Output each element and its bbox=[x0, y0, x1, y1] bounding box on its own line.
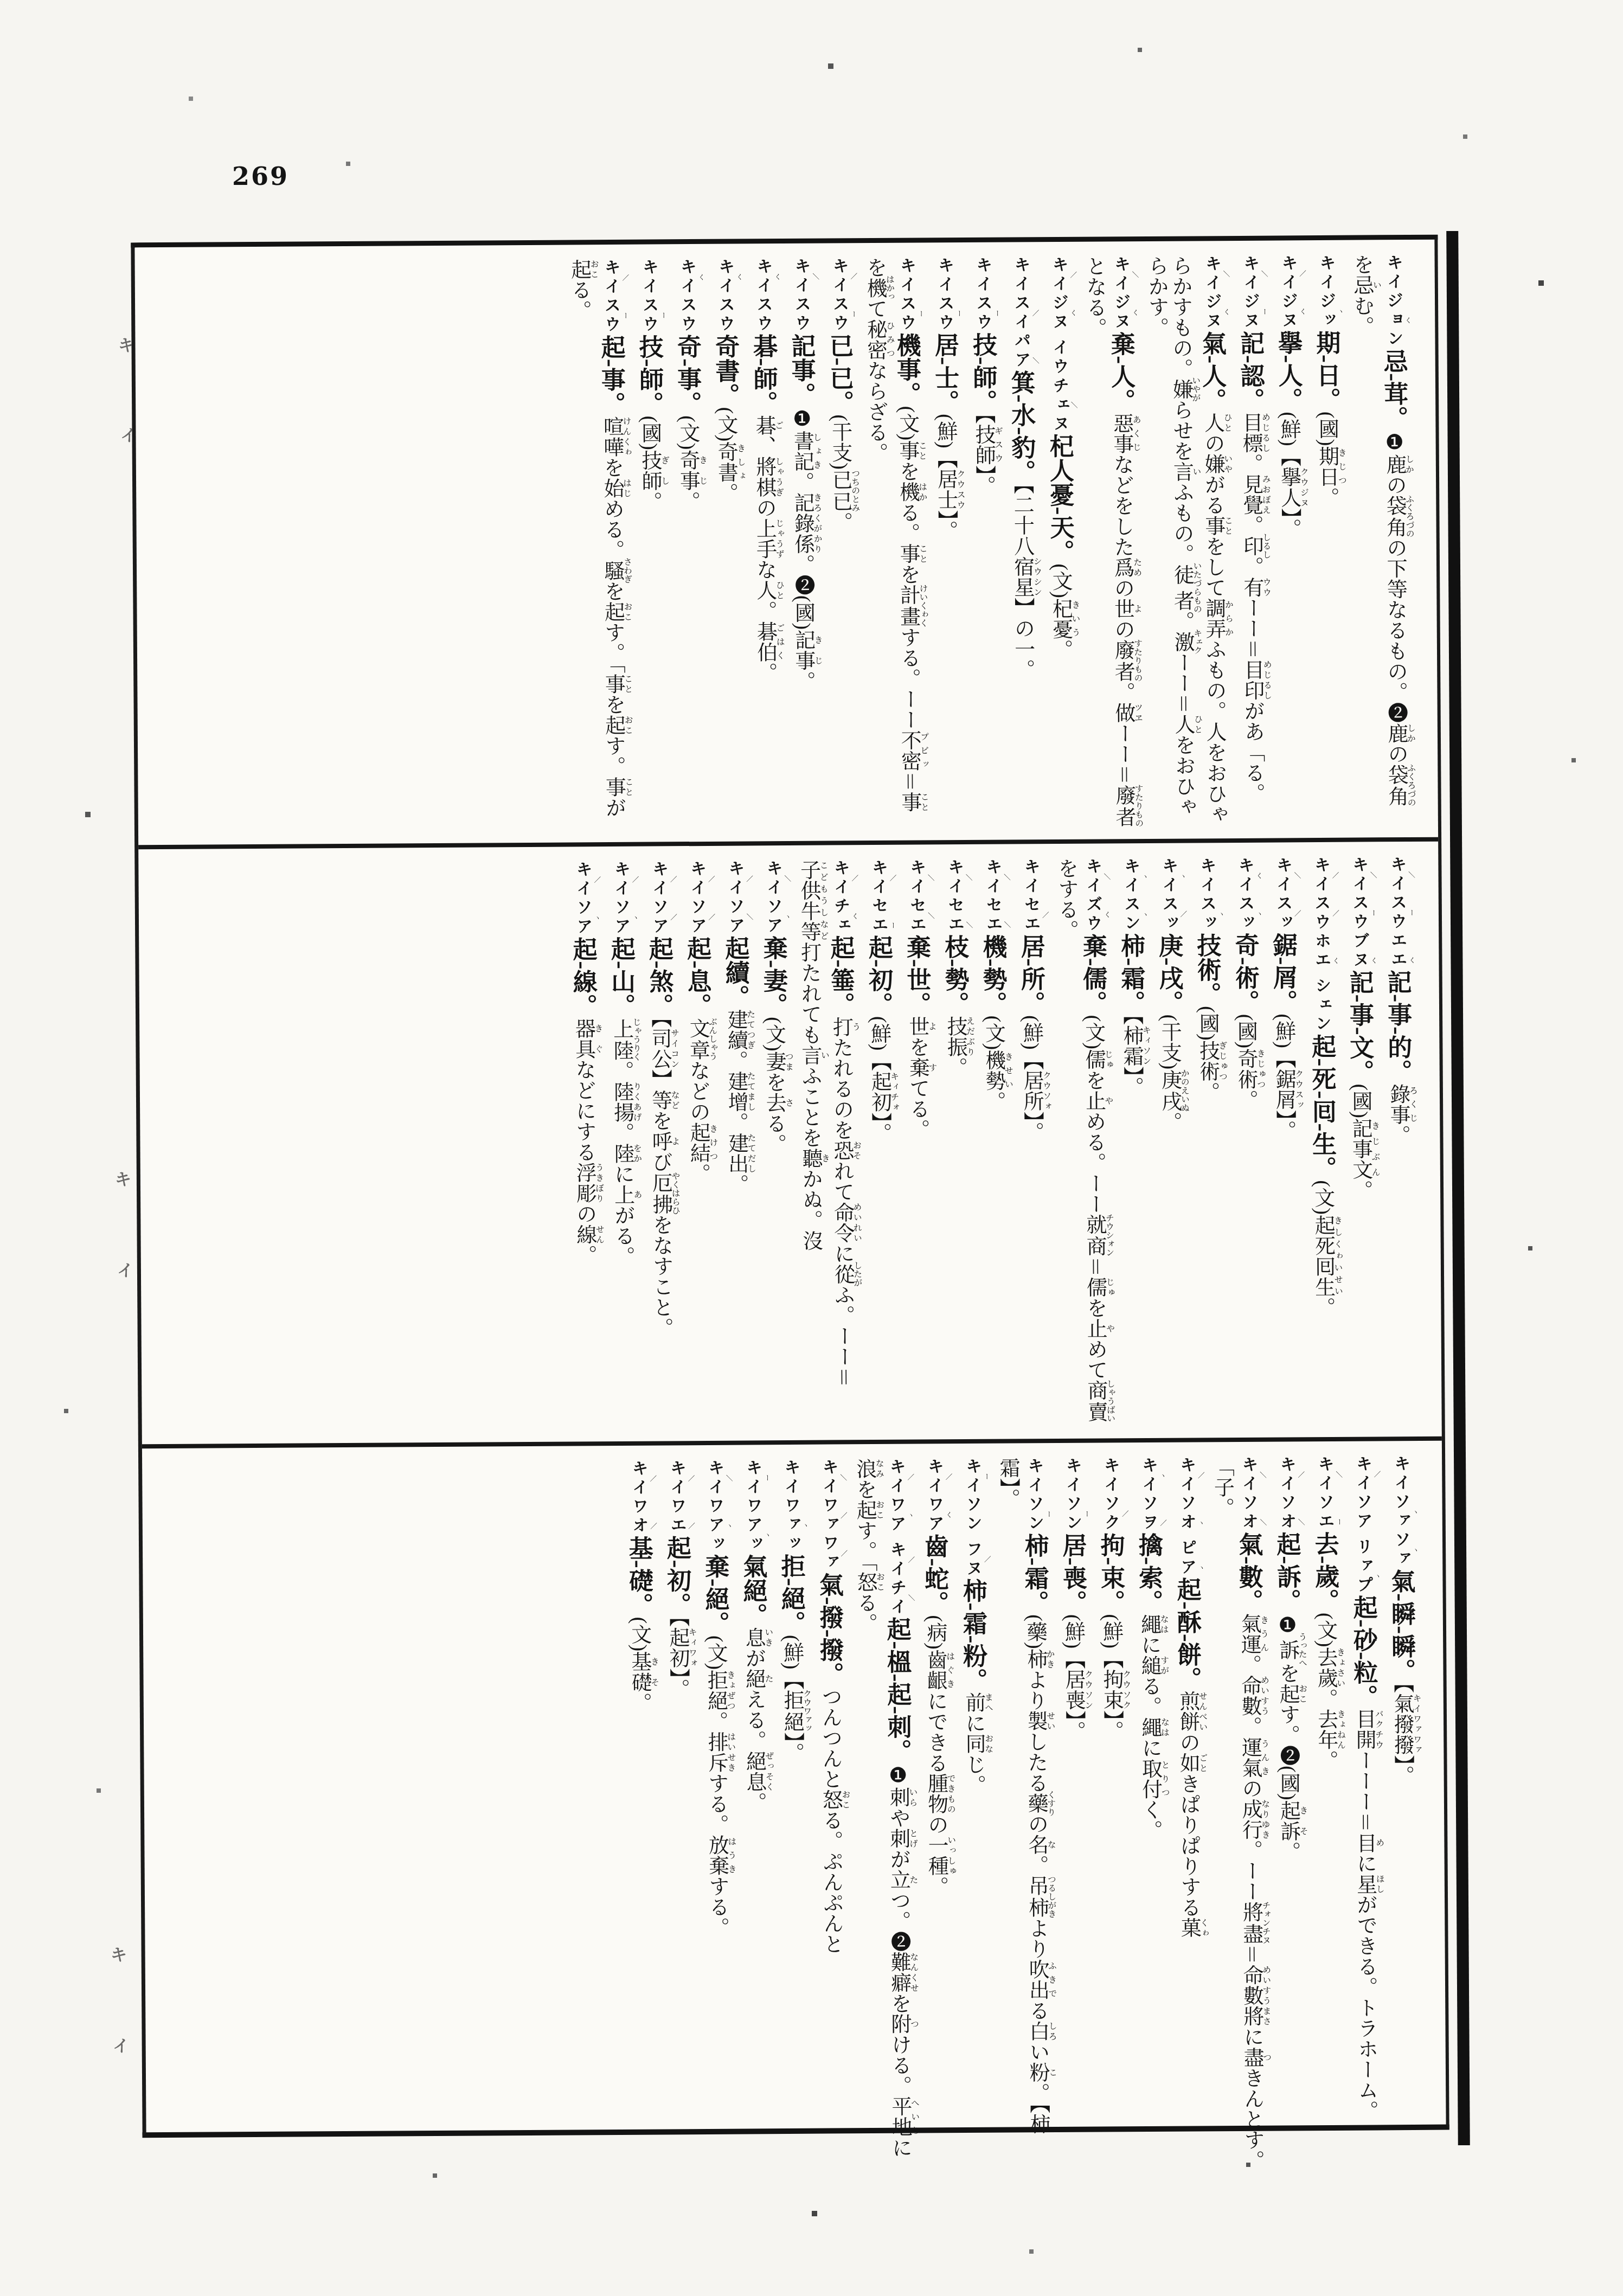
entry-headword: 齒-蛇。 bbox=[921, 1534, 948, 1615]
entry-headword: 機-勢。 bbox=[979, 934, 1006, 1016]
entry-headword: 奇書。 bbox=[711, 334, 739, 407]
dictionary-entry: キイーワアッヽ氣絕。息いきが絕たえる。絕息ぜっそく。 bbox=[738, 1459, 775, 2173]
entry-pronunciation: キイ／ワアヽ キイ／チイ＼ bbox=[887, 1458, 906, 1617]
dictionary-entry: キイヽスッ／庚-戌。(干支)庚戌かのえいぬ。 bbox=[1154, 857, 1191, 1427]
entry-definition: 建續たてつぎ。建增たてまし。建出たてだし。 bbox=[724, 1009, 748, 1194]
entry-headword: 忌-茸。 bbox=[1380, 349, 1408, 430]
entry-definition: 【起初キィワォ】。 bbox=[666, 1617, 689, 1699]
entry-definition: (干支)庚戌かのえいぬ。 bbox=[1158, 1015, 1181, 1132]
dictionary-entry: キイスウー技-師。【技師ギスウ】。 bbox=[968, 256, 1005, 829]
entry-pronunciation: キイ／ジヌく イウチェヌ＼ bbox=[1049, 256, 1068, 434]
dictionary-entry: キイ＼セエ＼棄-世。世よを棄すてる。 bbox=[902, 858, 939, 1428]
entry-pronunciation: キイスウー bbox=[640, 258, 658, 334]
entry-headword: 鋸-屑。 bbox=[1269, 932, 1297, 1014]
entry-definition: 目標めじるし。見覺みおぼえ。印しるし。有ウウーー＝目印めじるしがあ「る。 bbox=[1239, 412, 1264, 804]
dictionary-entry: キイ／ソオ＼起-訴。❶訴うったへを起おこす。❷(國)起訴きそ。 bbox=[1272, 1455, 1309, 2170]
dictionary-entry: キイーソン フヌ／柿-霜-粉。前まへに同おなじ。 bbox=[958, 1458, 995, 2172]
entry-headword: 記-事-的。 bbox=[1384, 970, 1412, 1083]
entry-pronunciation: キイ／ソア リァプヽ bbox=[1353, 1455, 1372, 1595]
entry-pronunciation: キイセエ／ bbox=[1022, 858, 1040, 934]
entry-headword: 碁-師。 bbox=[749, 334, 777, 415]
entry-headword: 氣-人。 bbox=[1198, 331, 1226, 412]
entry-pronunciation: キイジョンく bbox=[1384, 254, 1403, 349]
entry-headword: 起-山。 bbox=[607, 937, 635, 1018]
entry-pronunciation: キイくスウ bbox=[678, 258, 696, 334]
entry-pronunciation: キイ／チェく bbox=[831, 859, 850, 935]
entry-definition: (文)拒絕きょぜつ。排斥はいせきする。放棄はうきする。 bbox=[704, 1636, 728, 1938]
entry-pronunciation: キイくスッヽ bbox=[1236, 857, 1254, 933]
entry-pronunciation: キイ／ソオ＼ bbox=[1277, 1455, 1295, 1531]
dictionary-entry: キイワァッヽ拒-絕。(鮮)【拒絕クウワァッ】。 bbox=[776, 1459, 813, 2173]
entry-headword: 起續。 bbox=[721, 935, 749, 1009]
dictionary-entry: キイくスウ碁-師。碁ご、將棋しゃうぎの上手じゃうずな人ひと。碁伯ごはく。 bbox=[748, 258, 785, 830]
dictionary-entry: キイ＼セエ＼機-勢。(文)機勢きせい。 bbox=[978, 858, 1015, 1428]
entry-headword: 去-歲。 bbox=[1311, 1531, 1339, 1613]
entry-pronunciation: キイーソン フヌ／ bbox=[963, 1458, 982, 1579]
dictionary-entry: キイスッヽ技術。(國)技術ぎじゅつ。 bbox=[1192, 857, 1229, 1427]
entry-definition: 煎餅せんべいの如ごときぱりぱりする菓くゎ bbox=[1176, 1691, 1201, 1938]
entry-headword: 氣絕。 bbox=[739, 1554, 767, 1627]
entry-pronunciation: キイ／セエー bbox=[869, 859, 888, 935]
entry-definition: (鮮)【擧人クウジヌ】。 bbox=[1277, 412, 1300, 539]
entry-definition: (鮮)【起初キィチォ】。 bbox=[868, 1016, 891, 1144]
dictionary-entry: キイ＼スッ／鋸-屑。(鮮)【鋸屑クウスッ】。 bbox=[1268, 856, 1305, 1426]
dictionary-entry: キイ＼スウーブヌく記-事-文。(國)記事文きじぶん。 bbox=[1344, 856, 1381, 1426]
entry-definition: (文)奇書きしょ。 bbox=[714, 407, 737, 504]
entry-definition: (國)奇術きじゅつ。 bbox=[1234, 1014, 1257, 1111]
entry-definition: 【氣撥撥キイワァワァ】。 bbox=[1390, 1683, 1414, 1786]
entry-definition: ❶訴うったへを起おこす。❷(國)起訴きそ。 bbox=[1275, 1613, 1300, 1862]
dictionary-entry: キイくスウ奇-事。(文)奇事きじ。 bbox=[672, 258, 709, 831]
entry-headword: 擒-索。 bbox=[1135, 1532, 1163, 1614]
entry-headword: 棄-世。 bbox=[903, 934, 931, 1016]
entry-headword: 氣-撥-撥。 bbox=[816, 1572, 843, 1686]
entry-pronunciation: キイ＼ジヌく bbox=[1203, 255, 1221, 331]
entry-headword: 技-師。 bbox=[636, 334, 663, 415]
entry-band-middle: キイ＼スウーエエく記-事-的。錄事ろくじ。 キイ＼スウーブヌく記-事-文。(國)… bbox=[138, 842, 1442, 1449]
entry-pronunciation: キイ＼ズウく bbox=[1083, 857, 1102, 933]
dictionary-entry: キイ／ソオヽ ピアヽ起-酥-餅。煎餅せんべいの如ごときぱりぱりする菓くゎ bbox=[1172, 1456, 1209, 2171]
dictionary-entry: キイ／ソア リァプヽ起-砂-粒。目開バクチウーーー＝目めに星ほしができる。トラホ… bbox=[1348, 1455, 1385, 2170]
entry-headword: 已-已。 bbox=[826, 333, 854, 414]
entry-definition: (文)起死囘生きしくゎいせい。 bbox=[1311, 1180, 1335, 1318]
dictionary-entry: キイ／ソアヽ起-山。上陸じゃうりく。陸揚りくあげ。陸をかに上あがる。 bbox=[606, 861, 643, 1431]
entry-pronunciation: キイジッヽ bbox=[1317, 254, 1335, 330]
dictionary-entry: キイヽスンヽ柿-霜。【柿霜キィソン】。 bbox=[1116, 857, 1153, 1427]
entry-pronunciation: キイ／ソオヽ ピアヽ bbox=[1177, 1456, 1196, 1577]
dictionary-entry: キイ／ワアヽ キイ／チイ＼起-榲-起-刺。❶刺いらや刺とげが立たつ。❷難癖なんく… bbox=[852, 1458, 919, 2173]
dictionary-entry: キイ／ジヌく イウチェヌ＼杞人憂-天。(文)杞憂きいう。 bbox=[1044, 256, 1081, 829]
entry-headword: 記-認。 bbox=[1236, 331, 1264, 412]
entry-headword: 基-礎。 bbox=[625, 1536, 653, 1617]
entry-headword: 奇-事。 bbox=[673, 334, 701, 415]
entry-definition: 錄事ろくじ。 bbox=[1387, 1083, 1410, 1145]
entry-pronunciation: キイ／スウー bbox=[830, 257, 849, 333]
entry-pronunciation: キイヽスンヽ bbox=[1121, 857, 1140, 933]
dictionary-entry: キイソク／拘-束。(鮮)【拘束クウソク】。 bbox=[1095, 1457, 1133, 2171]
entry-headword: 起-死-囘-生。 bbox=[1308, 1034, 1336, 1180]
entry-headword: 記-事-文。 bbox=[1345, 970, 1373, 1083]
entry-pronunciation: キイくスウ bbox=[716, 258, 734, 334]
entry-headword: 技術。 bbox=[1193, 933, 1221, 1006]
dictionary-entry: キイスウー技-師。(國)技師ぎし。 bbox=[634, 258, 671, 831]
entry-pronunciation: キイ＼ワアッヽ bbox=[705, 1459, 724, 1554]
dictionary-entry: キイソンー居-喪。(鮮)【居喪クウソン】。 bbox=[1057, 1457, 1095, 2172]
entry-definition: 文章ぶんしゃうなどの起結きけつ。 bbox=[686, 1017, 710, 1184]
dictionary-entry: キイジッヽ期-日。(國)期日きじつ。 bbox=[1311, 254, 1348, 827]
entry-definition: 【柿霜キィソン】。 bbox=[1120, 1015, 1143, 1097]
entry-pronunciation: キイ／ジヌく bbox=[1279, 254, 1297, 330]
entry-band-bottom: キイソァヽソァヽ氣-瞬-瞬。【氣撥撥キイワァワァ】。 キイ／ソア リァプヽ起-砂… bbox=[142, 1441, 1446, 2189]
dictionary-entry: キイくスウ奇書。(文)奇書きしょ。 bbox=[710, 258, 747, 830]
entry-definition: 上陸じゃうりく。陸揚りくあげ。陸をかに上あがる。 bbox=[610, 1018, 634, 1267]
entry-headword: 起-線。 bbox=[569, 937, 596, 1018]
entry-definition: (干支)已已つちのとみ。 bbox=[828, 414, 851, 532]
entry-definition: (鮮)【鋸屑クウスッ】。 bbox=[1272, 1014, 1295, 1141]
entry-headword: 起-箠。 bbox=[826, 935, 854, 1016]
entry-headword: 起-榲-起-刺。 bbox=[883, 1617, 911, 1763]
entry-headword: 柿-霜。 bbox=[1021, 1533, 1048, 1614]
entry-definition: 【司公サイコン】等などを呼よび厄拂やくはらひをなすこと。 bbox=[648, 1017, 673, 1338]
entry-headword: 拘-束。 bbox=[1097, 1532, 1125, 1614]
entry-pronunciation: キイ／ソアヽ bbox=[612, 861, 630, 937]
dictionary-entry: キイ＼セエ＼枝-勢。技振えだぶり。 bbox=[940, 858, 977, 1428]
entry-pronunciation: キイ＼ソエー bbox=[1316, 1455, 1334, 1531]
entry-headword: 柿-霜-粉。 bbox=[959, 1578, 986, 1692]
entry-headword: 棄-人。 bbox=[1107, 331, 1135, 413]
entry-pronunciation: キイ／ワエ／ bbox=[668, 1459, 686, 1535]
dictionary-entry: キイ＼スウ記事。❶書記しょき。記錄係きろくがかり。❷(國)記事きじ。 bbox=[786, 258, 823, 830]
entry-pronunciation: キイ／ソアヽ bbox=[574, 861, 592, 937]
margin-mark: キ bbox=[111, 1941, 127, 1965]
entry-definition: (鮮)【拘束クウソク】。 bbox=[1099, 1614, 1122, 1741]
dictionary-entry: キイ／ジヌく擧-人。(鮮)【擧人クウジヌ】。 bbox=[1273, 254, 1310, 827]
entry-pronunciation: キイ＼ジヌー bbox=[1241, 255, 1259, 331]
dictionary-entry: キイ／ワアく齒-蛇。(病)齒齦はぐきにできる腫物できものの一種いっしゅ。 bbox=[920, 1458, 957, 2172]
entry-pronunciation: キイソク／ bbox=[1101, 1457, 1120, 1532]
entry-definition: (文)妻つまを去さる。 bbox=[762, 1017, 786, 1155]
entry-headword: 期-日。 bbox=[1312, 330, 1340, 412]
entry-definition: (鮮)【居喪クウソン】。 bbox=[1061, 1614, 1085, 1742]
dictionary-entry: キイ／チェく起-箠。打うたれるのを恐おそれて命令めいれいに從したがふ。ーー＝子供… bbox=[797, 859, 862, 1429]
dictionary-entry: キイ＼ワアッヽ棄-絕。(文)拒絕きょぜつ。排斥はいせきする。放棄はうきする。 bbox=[700, 1459, 737, 2174]
entry-definition: (國)記事文きじぶん。 bbox=[1349, 1083, 1372, 1201]
entry-pronunciation: キイヽスッ／ bbox=[1159, 857, 1178, 933]
dictionary-entry: キイ＼ソアヽ棄-妻。(文)妻つまを去さる。 bbox=[758, 860, 795, 1429]
entry-pronunciation: キイ＼ソオ＼ bbox=[1239, 1456, 1258, 1532]
dictionary-entry: キイ／ワオ／基-礎。(文)基礎きそ。 bbox=[624, 1460, 661, 2175]
dictionary-entry: キイ／ソア／起-息。文章ぶんしゃうなどの起結きけつ。 bbox=[682, 860, 719, 1430]
dictionary-entry: キイ／セエー起-初。(鮮)【起初キィチォ】。 bbox=[864, 859, 901, 1429]
entry-definition: 前まへに同おなじ。 bbox=[962, 1692, 985, 1795]
dictionary-entry: キイ＼ソオ＼氣-數。氣運きうん。命數めいすう。運氣うんきの成行なりゆき。ーー將盡… bbox=[1210, 1456, 1271, 2171]
entry-pronunciation: キイ＼ジヌく bbox=[1112, 255, 1130, 331]
entry-definition: (病)齒齦はぐきにできる腫物できものの一種いっしゅ。 bbox=[923, 1615, 948, 1897]
entry-headword: 起-初。 bbox=[865, 935, 893, 1016]
dictionary-entry: キイセエ／居-所。(鮮)【居所クウソォ】。 bbox=[1016, 858, 1053, 1428]
entry-definition: 器具きぐなどにする浮彫うきぼりの線せん。 bbox=[572, 1018, 596, 1265]
entry-headword: 棄-儒。 bbox=[1079, 933, 1107, 1015]
entry-headword: 柿-霜。 bbox=[1117, 933, 1145, 1015]
entry-definition: ❶書記しょき。記錄係きろくがかり。❷(國)記事きじ。 bbox=[790, 407, 814, 692]
entry-pronunciation: キイワァッヽ bbox=[781, 1459, 800, 1554]
entry-pronunciation: キイ＼スッ／ bbox=[1274, 856, 1292, 932]
dictionary-entry: キイくスッヽ奇-術。(國)奇術きじゅつ。 bbox=[1230, 857, 1267, 1427]
entry-pronunciation: キイ＼セエ＼ bbox=[983, 858, 1002, 934]
entry-headword: 箕-水-豹。 bbox=[1008, 370, 1035, 484]
entry-headword: 居-喪。 bbox=[1059, 1533, 1086, 1614]
dictionary-entry: キイ／スウー起-事。喧嘩けんくゎを始はじめる。騷さわぎを起おこす。「事ことを起お… bbox=[567, 259, 633, 832]
entry-pronunciation: キイ＼セエ＼ bbox=[945, 858, 964, 934]
page-frame-outer-rule bbox=[1446, 231, 1470, 2145]
entry-pronunciation: キイ／ソア／ bbox=[688, 860, 706, 936]
entry-pronunciation: キイ／スウー bbox=[602, 259, 620, 335]
dictionary-entry: キイ＼ズウく棄-儒。(文)儒じゅを止やめる。ーー就商チウシォン＝儒じゅを止やめて… bbox=[1054, 857, 1115, 1428]
entry-pronunciation: キイ＼ソアヽ bbox=[764, 860, 782, 935]
entry-definition: 【技師ギスウ】。 bbox=[972, 414, 995, 496]
dictionary-entry: キイ＼ジヌく氣-人。人ひとの嫌いやがる事ことをして調弄からかふもの。人をおひゃら… bbox=[1144, 255, 1234, 828]
dictionary-entry: キイ／ソア＼起續。建續たてつぎ。建增たてまし。建出たてだし。 bbox=[720, 860, 757, 1429]
entry-pronunciation: キイ／ソア＼ bbox=[726, 860, 744, 936]
entry-headword: 拒-絕。 bbox=[777, 1554, 805, 1635]
margin-mark: イ bbox=[113, 2032, 129, 2056]
entry-headword: 起-息。 bbox=[683, 936, 711, 1017]
entry-pronunciation: キイ＼スウーブヌく bbox=[1350, 856, 1368, 970]
margin-mark: キ bbox=[115, 1166, 131, 1190]
entry-definition: (文)去歲きょさい。去年きょねん。 bbox=[1313, 1613, 1337, 1771]
entry-band-top: キイジョンく忌-茸。❶鹿しかの袋角ふくろづのの下等なるもの。❷鹿しかの袋角ふくろ… bbox=[134, 240, 1438, 850]
entry-definition: (國)技術ぎじゅつ。 bbox=[1196, 1006, 1219, 1102]
entry-definition: 世よを棄すてる。 bbox=[906, 1016, 929, 1139]
entry-pronunciation: キイヽソヲ／ bbox=[1139, 1457, 1158, 1532]
scan-noise bbox=[0, 0, 2, 2]
entry-headword: 起-初。 bbox=[663, 1535, 691, 1617]
entry-pronunciation: キイ＼スウーエエく bbox=[1388, 856, 1406, 970]
entry-headword: 枝-勢。 bbox=[941, 934, 968, 1016]
entry-headword: 棄-絕。 bbox=[701, 1554, 729, 1636]
entry-headword: 起-事。 bbox=[597, 335, 625, 416]
entry-headword: 起-砂-粒。 bbox=[1349, 1595, 1377, 1709]
entry-headword: 技-師。 bbox=[969, 332, 997, 414]
entry-headword: 居-士。 bbox=[931, 332, 959, 414]
entry-pronunciation: キイくスウ bbox=[754, 258, 772, 334]
entry-pronunciation: キイスイ／パア＼ bbox=[1011, 256, 1030, 370]
entry-definition: (文)機勢きせい。 bbox=[982, 1016, 1005, 1112]
entry-pronunciation: キイーワアッヽ bbox=[743, 1459, 762, 1554]
dictionary-entry: キイ＼スウーエエく記-事-的。錄事ろくじ。 bbox=[1382, 856, 1419, 1426]
entry-definition: (國)期日きじつ。 bbox=[1315, 412, 1338, 508]
entry-headword: 居-所。 bbox=[1017, 934, 1044, 1015]
entry-pronunciation: キイスッヽ bbox=[1197, 857, 1216, 933]
entry-definition: 碁ご、將棋しゃうぎの上手じゃうずな人ひと。碁伯ごはく。 bbox=[752, 415, 777, 683]
page-number: 269 bbox=[232, 162, 289, 191]
entry-definition: つんつんと怒おこる。ぷんぷんと bbox=[818, 1686, 843, 1954]
entry-pronunciation: キイ＼ワァ／ワァ／ bbox=[820, 1458, 838, 1572]
entry-pronunciation: キイソァヽソァヽ bbox=[1391, 1455, 1410, 1569]
entry-definition: (文)杞憂きいう。 bbox=[1049, 563, 1072, 660]
entry-definition: 技振えだぶり。 bbox=[944, 1016, 967, 1078]
dictionary-page: キイジョンく忌-茸。❶鹿しかの袋角ふくろづのの下等なるもの。❷鹿しかの袋角ふくろ… bbox=[131, 235, 1449, 2138]
entry-headword: 起-煞。 bbox=[645, 936, 673, 1017]
entry-headword: 杞人憂-天。 bbox=[1045, 433, 1073, 563]
entry-pronunciation: キイスウー bbox=[973, 256, 992, 332]
entry-definition: (國)技師ぎし。 bbox=[638, 415, 661, 512]
margin-mark: イ bbox=[117, 1257, 133, 1281]
entry-headword: 氣-瞬-瞬。 bbox=[1387, 1569, 1415, 1683]
dictionary-entry: キイジョンく忌-茸。❶鹿しかの袋角ふくろづのの下等なるもの。❷鹿しかの袋角ふくろ… bbox=[1349, 254, 1415, 827]
dictionary-entry: キイ／ソア／起-煞。【司公サイコン】等などを呼よび厄拂やくはらひをなすこと。 bbox=[644, 860, 681, 1430]
entry-pronunciation: キイ＼セエ＼ bbox=[907, 858, 926, 934]
entry-pronunciation: キイスウー bbox=[935, 256, 954, 332]
entry-pronunciation: キイソンー bbox=[1025, 1457, 1043, 1533]
entry-definition: 【二十八宿星シウシン】の一。 bbox=[1010, 484, 1034, 679]
entry-headword: 擧-人。 bbox=[1274, 330, 1302, 412]
dictionary-entry: キイ／スウー已-已。(干支)已已つちのとみ。 bbox=[824, 257, 861, 830]
entry-headword: 記事。 bbox=[787, 334, 815, 407]
entry-headword: 庚-戌。 bbox=[1155, 933, 1183, 1015]
entry-pronunciation: キイ＼スウ bbox=[792, 258, 810, 334]
dictionary-entry: キイ＼ソエー去-歲。(文)去歲きょさい。去年きょねん。 bbox=[1310, 1455, 1347, 2170]
dictionary-entry: キイスイ／パア＼箕-水-豹。【二十八宿星シウシン】の一。 bbox=[1006, 256, 1043, 829]
entry-headword: 機事。 bbox=[893, 333, 921, 406]
dictionary-entry: キイソンー柿-霜。(藥)柿かきより製せいしたる藥くすりの名な。吊柿つるしがきより… bbox=[996, 1457, 1057, 2172]
entry-definition: (鮮)【居所クウソォ】。 bbox=[1019, 1015, 1043, 1143]
entry-definition: 繩なはに縋すがる。繩なはに取付とりつく。 bbox=[1138, 1614, 1162, 1840]
entry-headword: 起-酥-餅。 bbox=[1173, 1577, 1201, 1691]
entry-pronunciation: キイ／ワアく bbox=[925, 1458, 944, 1534]
dictionary-entry: キイ／スウ／ホエく シェン起-死-囘-生。(文)起死囘生きしくゎいせい。 bbox=[1306, 856, 1343, 1426]
entry-definition: (文)奇事きじ。 bbox=[676, 415, 700, 512]
entry-definition: (鮮)【拒絕クウワァッ】。 bbox=[780, 1635, 803, 1763]
entry-definition: (鮮)【居士クウスウ】。 bbox=[934, 414, 957, 541]
dictionary-entry: キイスウー機事。(文)事ことを機はかる。事ことを計畫けいくゎくする。ーー不密プビ… bbox=[863, 256, 929, 830]
entry-headword: 奇-術。 bbox=[1231, 933, 1259, 1014]
dictionary-entry: キイスウー居-士。(鮮)【居士クウスウ】。 bbox=[930, 256, 967, 829]
dictionary-entry: キイ／ソアヽ起-線。器具きぐなどにする浮彫うきぼりの線せん。 bbox=[568, 861, 605, 1431]
dictionary-entry: キイヽソヲ／擒-索。繩なはに縋すがる。繩なはに取付とりつく。 bbox=[1134, 1457, 1171, 2171]
entry-pronunciation: キイソンー bbox=[1063, 1457, 1081, 1533]
dictionary-entry: キイ＼ジヌく棄-人。惡事あくじなどをした爲ための世よの廢者すたりもの。做ツヱーー… bbox=[1082, 255, 1143, 829]
entry-headword: 氣-數。 bbox=[1235, 1532, 1262, 1613]
dictionary-entry: キイ＼ワァ／ワァ／氣-撥-撥。つんつんと怒おこる。ぷんぷんと bbox=[814, 1458, 851, 2173]
dictionary-entry: キイソァヽソァヽ氣-瞬-瞬。【氣撥撥キイワァワァ】。 bbox=[1386, 1455, 1423, 2170]
entry-definition: (文)基礎きそ。 bbox=[627, 1617, 651, 1714]
entry-headword: 棄-妻。 bbox=[759, 935, 787, 1017]
entry-pronunciation: キイ／ワオ／ bbox=[630, 1460, 648, 1536]
entry-headword: 起-訴。 bbox=[1273, 1531, 1300, 1613]
dictionary-entry: キイ／ワエ／起-初。【起初キィワォ】。 bbox=[662, 1459, 700, 2174]
entry-definition: 息いきが絕たえる。絕息ぜっそく。 bbox=[742, 1627, 766, 1812]
dictionary-entry: キイ＼ジヌー記-認。目標めじるし。見覺みおぼえ。印しるし。有ウウーー＝目印めじる… bbox=[1235, 255, 1272, 828]
entry-pronunciation: キイ／スウ／ホエく シェン bbox=[1312, 856, 1331, 1034]
entry-pronunciation: キイ／ソア／ bbox=[650, 860, 668, 936]
entry-definition: 目開バクチウーーー＝目めに星ほしができる。トラホーム。 bbox=[1352, 1709, 1378, 2121]
entry-pronunciation: キイスウー bbox=[897, 257, 916, 333]
